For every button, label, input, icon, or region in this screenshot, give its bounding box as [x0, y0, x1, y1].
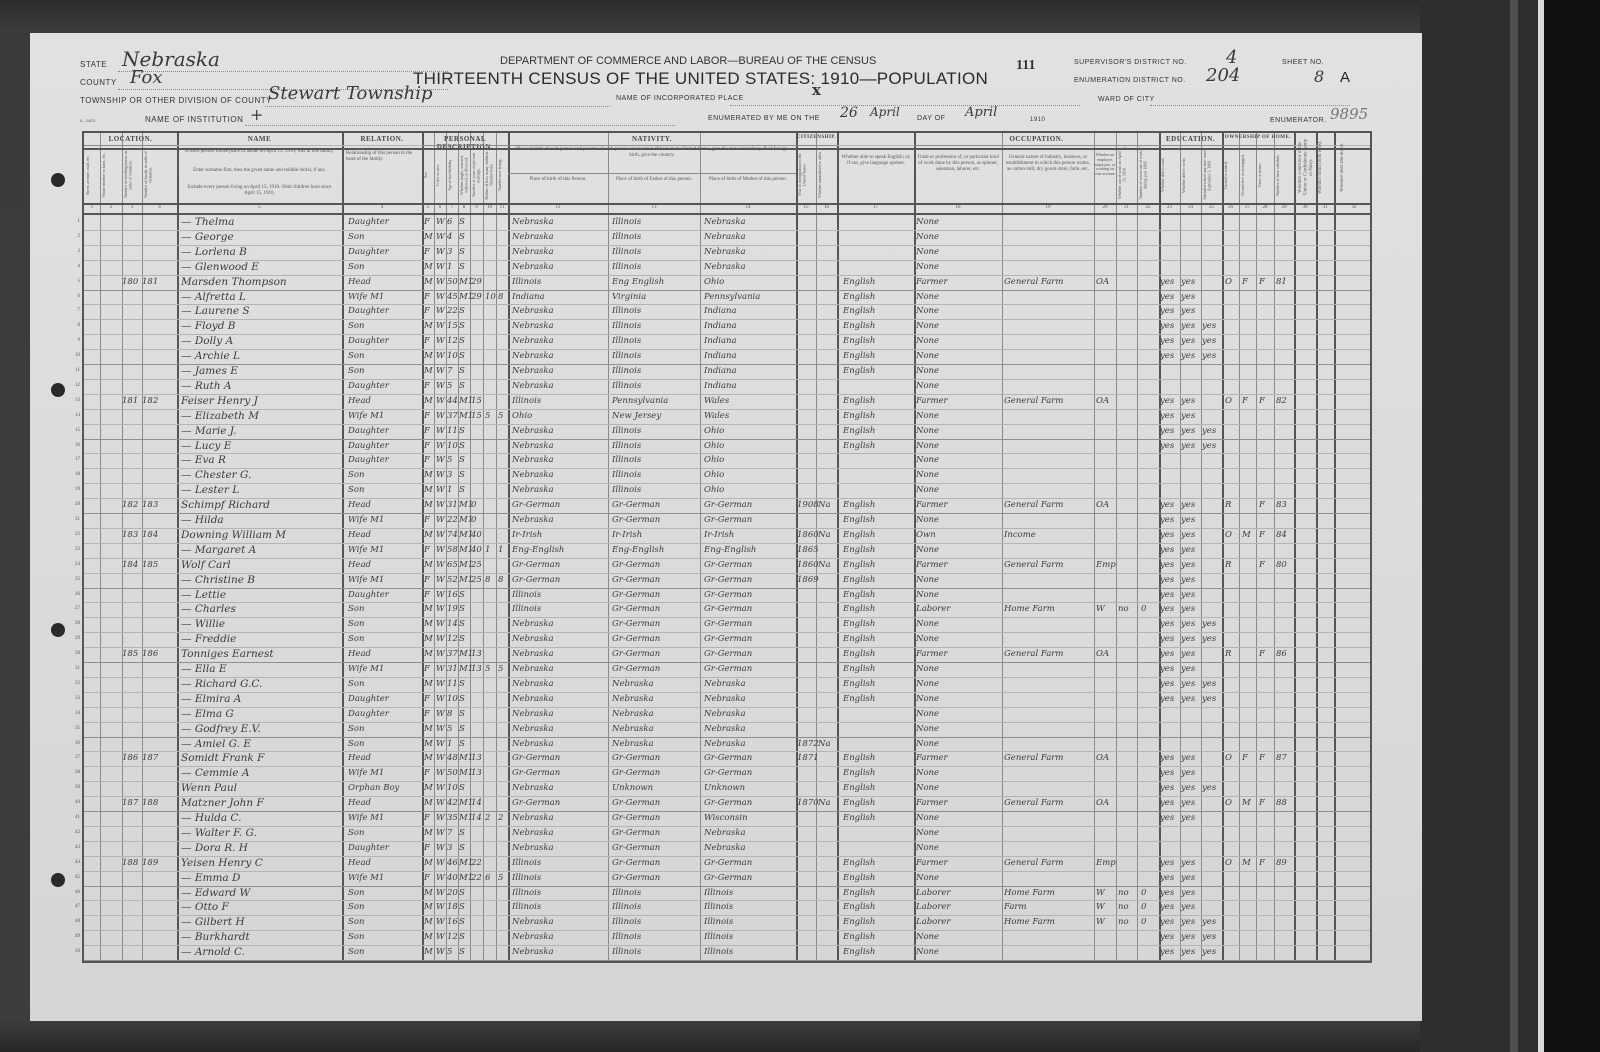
birthplace-person: Illinois [512, 885, 541, 901]
dwelling-number: 183 [122, 527, 138, 543]
can-read: yes [1160, 318, 1174, 334]
column-divider [1094, 133, 1095, 961]
speaks-english: English [843, 885, 875, 901]
children-born: 1 [485, 542, 490, 558]
birthplace-mother: Wales [704, 408, 729, 424]
punch-hole [51, 873, 65, 887]
group-underline [1222, 145, 1294, 146]
occupation-trade: None [916, 691, 939, 707]
race: W [436, 363, 445, 379]
column-divider [483, 133, 484, 961]
race: W [436, 333, 445, 349]
person-name: Tonniges Earnest [181, 646, 274, 662]
speaks-english: English [843, 855, 875, 871]
immigration-year: 1908 [797, 497, 819, 513]
age: 10 [447, 780, 458, 796]
speaks-english: English [843, 423, 875, 439]
column-number: 20 [1094, 205, 1116, 210]
free-mortgaged: F [1242, 750, 1248, 766]
can-write: yes [1181, 348, 1195, 364]
occupation-trade: None [916, 303, 939, 319]
speaks-english: English [843, 601, 875, 617]
speaks-english: English [843, 408, 875, 424]
race: W [436, 244, 445, 260]
sex: M [424, 557, 433, 573]
sex: M [424, 750, 433, 766]
age: 5 [447, 378, 452, 394]
row-number-left: 3 [68, 249, 80, 254]
age: 44 [447, 393, 458, 409]
occupation-trade: None [916, 467, 939, 483]
vertical-heading-c23: Whether able to read. [1161, 149, 1178, 201]
race: W [436, 482, 445, 498]
birthplace-person: Illinois [512, 587, 541, 603]
can-read: yes [1160, 408, 1174, 424]
relationship: Son [348, 631, 364, 647]
incorporated-place-label: NAME OF INCORPORATED PLACE [616, 95, 744, 102]
can-write: yes [1181, 423, 1195, 439]
owned-rented: O [1225, 750, 1232, 766]
vertical-heading-c8: Whether single, married, widowed, or div… [460, 149, 468, 201]
can-read: yes [1160, 497, 1174, 513]
relationship: Daughter [348, 438, 389, 454]
speaks-english: English [843, 899, 875, 915]
birthplace-father: Gr-German [612, 840, 660, 856]
column-number: 21 [1116, 205, 1137, 210]
relationship: Son [348, 929, 364, 945]
person-name: — Dolly A [181, 333, 233, 349]
birthplace-person: Nebraska [512, 616, 554, 632]
age: 12 [447, 929, 458, 945]
children-living: 5 [498, 661, 503, 677]
years-married: 13 [471, 765, 482, 781]
birthplace-person: Illinois [512, 274, 541, 290]
birthplace-person: Nebraska [512, 810, 554, 826]
employer-status: Emp [1096, 855, 1116, 871]
occupation-trade: None [916, 676, 939, 692]
heading-occ-trade: Trade or profession of, or particular ki… [916, 155, 1000, 173]
row-number-left: 29 [68, 636, 80, 641]
incorporated-place-line [730, 105, 1080, 106]
vertical-heading-c3: Number of dwelling house in order of vis… [124, 149, 140, 201]
person-name: — Otto F [181, 899, 229, 915]
family-number: 184 [142, 527, 158, 543]
birthplace-person: Nebraska [512, 303, 554, 319]
occupation-industry: General Farm [1004, 393, 1063, 409]
heading-education: EDUCATION. [1159, 135, 1222, 143]
person-name: Feiser Henry J [181, 393, 258, 409]
occupation-trade: Farmer [916, 393, 948, 409]
occupation-trade: None [916, 348, 939, 364]
vertical-heading-c24: Whether able to write. [1182, 149, 1199, 201]
column-number: 4 [142, 205, 177, 210]
person-name: — Lester L [181, 482, 239, 498]
can-write: yes [1181, 750, 1195, 766]
race: W [436, 452, 445, 468]
birthplace-father: Unknown [612, 780, 653, 796]
person-name: — Laurene S [181, 303, 250, 319]
birthplace-father: Gr-German [612, 631, 660, 647]
row-number-left: 47 [68, 904, 80, 909]
speaks-english: English [843, 318, 875, 334]
birthplace-mother: Indiana [704, 378, 737, 394]
sex: M [424, 646, 433, 662]
vertical-heading-c21: Whether out of work on April 15, 1910. [1118, 149, 1135, 201]
can-read: yes [1160, 765, 1174, 781]
occupation-trade: None [916, 870, 939, 886]
birthplace-person: Nebraska [512, 676, 554, 692]
person-name: — Cemmie A [181, 765, 250, 781]
can-write: yes [1181, 929, 1195, 945]
age: 3 [447, 840, 452, 856]
row-number-left: 33 [68, 696, 80, 701]
speaks-english: English [843, 572, 875, 588]
can-read: yes [1160, 423, 1174, 439]
free-mortgaged: F [1242, 274, 1248, 290]
vertical-heading-c27: Owned free or mortgaged. [1241, 149, 1254, 201]
speaks-english: English [843, 393, 875, 409]
speaks-english: English [843, 512, 875, 528]
can-read: yes [1160, 512, 1174, 528]
race: W [436, 944, 445, 960]
race: W [436, 899, 445, 915]
township-label: TOWNSHIP OR OTHER DIVISION OF COUNTY [80, 96, 272, 105]
heading-birth-person: Place of birth of this Person. [508, 177, 608, 183]
dwelling-number: 187 [122, 795, 138, 811]
speaks-english: English [843, 438, 875, 454]
state-label: STATE [80, 60, 107, 69]
column-divider [700, 133, 701, 961]
column-divider-major [837, 133, 839, 961]
farm-house: F [1259, 274, 1265, 290]
relationship: Head [348, 855, 371, 871]
row-number-left: 15 [68, 428, 80, 433]
row-number-left: 19 [68, 487, 80, 492]
years-married: 15 [471, 393, 482, 409]
person-name: Matzner John F [181, 795, 264, 811]
row-number-left: 21 [68, 517, 80, 522]
relationship: Daughter [348, 840, 389, 856]
census-sheet: STATE Nebraska COUNTY Fox TOWNSHIP OR OT… [30, 33, 1422, 1021]
birthplace-person: Nebraska [512, 363, 554, 379]
children-living: 5 [498, 870, 503, 886]
person-name: — Richard G.C. [181, 676, 262, 692]
relationship: Son [348, 482, 364, 498]
birthplace-person: Nebraska [512, 229, 554, 245]
sex: F [424, 810, 430, 826]
naturalization: Na [818, 736, 831, 752]
can-read: yes [1160, 929, 1174, 945]
column-divider-major [1222, 133, 1224, 961]
farm-house: F [1259, 393, 1265, 409]
age: 40 [447, 870, 458, 886]
person-name: — Elmira A [181, 691, 241, 707]
heading-birth-mother: Place of birth of Mother of this person. [700, 177, 796, 183]
age: 45 [447, 289, 458, 305]
birthplace-father: Gr-German [612, 497, 660, 513]
marital-status: S [459, 601, 465, 617]
enumerator-value: 9895 [1330, 105, 1368, 123]
column-divider-major [508, 133, 510, 961]
column-divider [496, 133, 497, 961]
county-value: Fox [130, 67, 163, 88]
row-number-left: 35 [68, 726, 80, 731]
family-number: 186 [142, 646, 158, 662]
years-married: 0 [471, 497, 476, 513]
speaks-english: English [843, 944, 875, 960]
birthplace-mother: Gr-German [704, 572, 752, 588]
microfilm-seam [1510, 0, 1518, 1052]
relationship: Daughter [348, 303, 389, 319]
birthplace-mother: Gr-German [704, 631, 752, 647]
vertical-heading-c16: Whether naturalized or alien. [818, 149, 835, 201]
attended-school: yes [1202, 333, 1216, 349]
person-name: — Emma D [181, 870, 240, 886]
race: W [436, 810, 445, 826]
relationship: Son [348, 467, 364, 483]
dwelling-number: 182 [122, 497, 138, 513]
enumeration-district-value: 204 [1206, 65, 1240, 86]
race: W [436, 601, 445, 617]
birthplace-father: Nebraska [612, 736, 654, 752]
can-write: yes [1181, 587, 1195, 603]
employer-status: W [1096, 914, 1105, 930]
marital-status: S [459, 736, 465, 752]
column-number: 18 [914, 205, 1002, 210]
years-married: 29 [471, 289, 482, 305]
column-number: 32 [1334, 205, 1374, 210]
age: 1 [447, 482, 452, 498]
person-name: — Ella E [181, 661, 226, 677]
birthplace-father: Illinois [612, 467, 641, 483]
heading-birth-father: Place of birth of Father of this person. [608, 177, 700, 183]
speaks-english: English [843, 676, 875, 692]
sex: M [424, 795, 433, 811]
can-read: yes [1160, 855, 1174, 871]
can-write: yes [1181, 765, 1195, 781]
birthplace-father: Illinois [612, 885, 641, 901]
family-number: 185 [142, 557, 158, 573]
occupation-trade: Laborer [916, 885, 950, 901]
birthplace-mother: Nebraska [704, 721, 746, 737]
birthplace-father: Gr-German [612, 587, 660, 603]
birthplace-mother: Gr-German [704, 661, 752, 677]
birthplace-person: Gr-German [512, 795, 560, 811]
occupation-trade: None [916, 214, 939, 230]
occupation-trade: None [916, 542, 939, 558]
row-number-left: 32 [68, 681, 80, 686]
birthplace-person: Nebraska [512, 333, 554, 349]
can-write: yes [1181, 646, 1195, 662]
can-write: yes [1181, 870, 1195, 886]
age: 31 [447, 661, 458, 677]
punch-hole [51, 623, 65, 637]
speaks-english: English [843, 646, 875, 662]
dwelling-number: 186 [122, 750, 138, 766]
column-number: 2 [100, 205, 122, 210]
can-write: yes [1181, 691, 1195, 707]
row-number-left: 8 [68, 323, 80, 328]
race: W [436, 423, 445, 439]
naturalization: Na [818, 795, 831, 811]
can-read: yes [1160, 393, 1174, 409]
speaks-english: English [843, 527, 875, 543]
person-name: — Edward W [181, 885, 250, 901]
can-read: yes [1160, 914, 1174, 930]
row-number-left: 43 [68, 845, 80, 850]
person-name: — Lettie [181, 587, 226, 603]
person-name: — Christine B [181, 572, 255, 588]
children-living: 8 [498, 289, 503, 305]
birthplace-father: Gr-German [612, 810, 660, 826]
institution-label: NAME OF INSTITUTION [145, 115, 243, 124]
column-divider [1116, 133, 1117, 961]
column-divider [142, 133, 143, 961]
birthplace-mother: Ohio [704, 452, 724, 468]
vertical-heading-c11: Number now living. [498, 149, 506, 201]
birthplace-person: Illinois [512, 870, 541, 886]
column-divider-major [342, 133, 344, 961]
can-write: yes [1181, 438, 1195, 454]
occupation-trade: None [916, 512, 939, 528]
row-number-left: 10 [68, 353, 80, 358]
vertical-heading-c7: Age at last birthday. [448, 149, 456, 201]
relationship: Son [348, 914, 364, 930]
birthplace-person: Illinois [512, 393, 541, 409]
marital-status: S [459, 691, 465, 707]
employer-status: OA [1096, 795, 1109, 811]
institution-value: + [250, 105, 263, 124]
sex: F [424, 289, 430, 305]
birthplace-person: Gr-German [512, 572, 560, 588]
heading-relation: RELATION. [342, 135, 422, 143]
heading-name-desc: of each person whose place of abode on A… [182, 149, 337, 155]
ward-line [1150, 105, 1350, 106]
speaks-english: English [843, 587, 875, 603]
relationship: Daughter [348, 378, 389, 394]
occupation-trade: Farmer [916, 497, 948, 513]
row-number-left: 22 [68, 532, 80, 537]
relationship: Daughter [348, 691, 389, 707]
birthplace-father: Gr-German [612, 557, 660, 573]
can-write: yes [1181, 527, 1195, 543]
birthplace-father: Gr-German [612, 512, 660, 528]
vertical-heading-c6: Color or race. [436, 149, 444, 201]
immigration-year: 1869 [797, 572, 819, 588]
row-number-left: 27 [68, 606, 80, 611]
race: W [436, 765, 445, 781]
person-name: — Gilbert H [181, 914, 245, 930]
can-read: yes [1160, 616, 1174, 632]
occupation-industry: General Farm [1004, 497, 1063, 513]
marital-status: S [459, 348, 465, 364]
years-married: 22 [471, 855, 482, 871]
column-divider [434, 133, 435, 961]
occupation-industry: General Farm [1004, 557, 1063, 573]
person-name: Somidt Frank F [181, 750, 264, 766]
person-name: — Hulda C. [181, 810, 241, 826]
person-name: Downing William M [181, 527, 286, 543]
family-number: 189 [142, 855, 158, 871]
race: W [436, 706, 445, 722]
sex: F [424, 587, 430, 603]
speaks-english: English [843, 780, 875, 796]
occupation-industry: Income [1004, 527, 1036, 543]
column-number: 30 [1294, 205, 1316, 210]
column-number: 28 [1256, 205, 1274, 210]
birthplace-mother: Gr-German [704, 497, 752, 513]
relationship: Head [348, 557, 371, 573]
sex: F [424, 691, 430, 707]
birthplace-person: Eng-English [512, 542, 564, 558]
birthplace-mother: Nebraska [704, 825, 746, 841]
county-label: COUNTY [80, 78, 117, 87]
speaks-english: English [843, 497, 875, 513]
age: 11 [447, 423, 458, 439]
occupation-industry: General Farm [1004, 274, 1063, 290]
sex: M [424, 676, 433, 692]
weeks-unemployed: 0 [1141, 885, 1146, 901]
person-name: — Elma G [181, 706, 234, 722]
race: W [436, 318, 445, 334]
can-read: yes [1160, 899, 1174, 915]
birthplace-mother: Indiana [704, 318, 737, 334]
occupation-trade: None [916, 706, 939, 722]
farm-schedule: 81 [1276, 274, 1287, 290]
marital-status: S [459, 214, 465, 230]
sex: M [424, 482, 433, 498]
weeks-unemployed: 0 [1141, 899, 1146, 915]
can-write: yes [1181, 616, 1195, 632]
attended-school: yes [1202, 676, 1216, 692]
sex: F [424, 765, 430, 781]
age: 37 [447, 408, 458, 424]
row-number-left: 17 [68, 457, 80, 462]
sex: F [424, 333, 430, 349]
occupation-trade: None [916, 661, 939, 677]
occupation-trade: None [916, 631, 939, 647]
relationship: Son [348, 885, 364, 901]
column-divider [608, 133, 609, 961]
birthplace-person: Nebraska [512, 378, 554, 394]
sex: M [424, 736, 433, 752]
relationship: Head [348, 393, 371, 409]
birthplace-mother: Gr-German [704, 512, 752, 528]
farm-schedule: 88 [1276, 795, 1287, 811]
relationship: Son [348, 825, 364, 841]
column-divider [1239, 133, 1240, 961]
page-number: 111 [1016, 58, 1035, 74]
vertical-heading-c2: House number or farm, etc. [102, 149, 120, 201]
birthplace-father: Illinois [612, 438, 641, 454]
birthplace-person: Gr-German [512, 750, 560, 766]
race: W [436, 616, 445, 632]
occupation-trade: None [916, 840, 939, 856]
sheet-side: A [1340, 69, 1350, 86]
family-number: 181 [142, 274, 158, 290]
employer-status: W [1096, 885, 1105, 901]
person-name: — Burkhardt [181, 929, 250, 945]
occupation-trade: None [916, 408, 939, 424]
birthplace-person: Illinois [512, 899, 541, 915]
relationship: Head [348, 497, 371, 513]
person-name: — Arnold C. [181, 944, 245, 960]
age: 20 [447, 885, 458, 901]
sex: M [424, 229, 433, 245]
sex: F [424, 214, 430, 230]
age: 11 [447, 676, 458, 692]
birthplace-father: Illinois [612, 944, 641, 960]
